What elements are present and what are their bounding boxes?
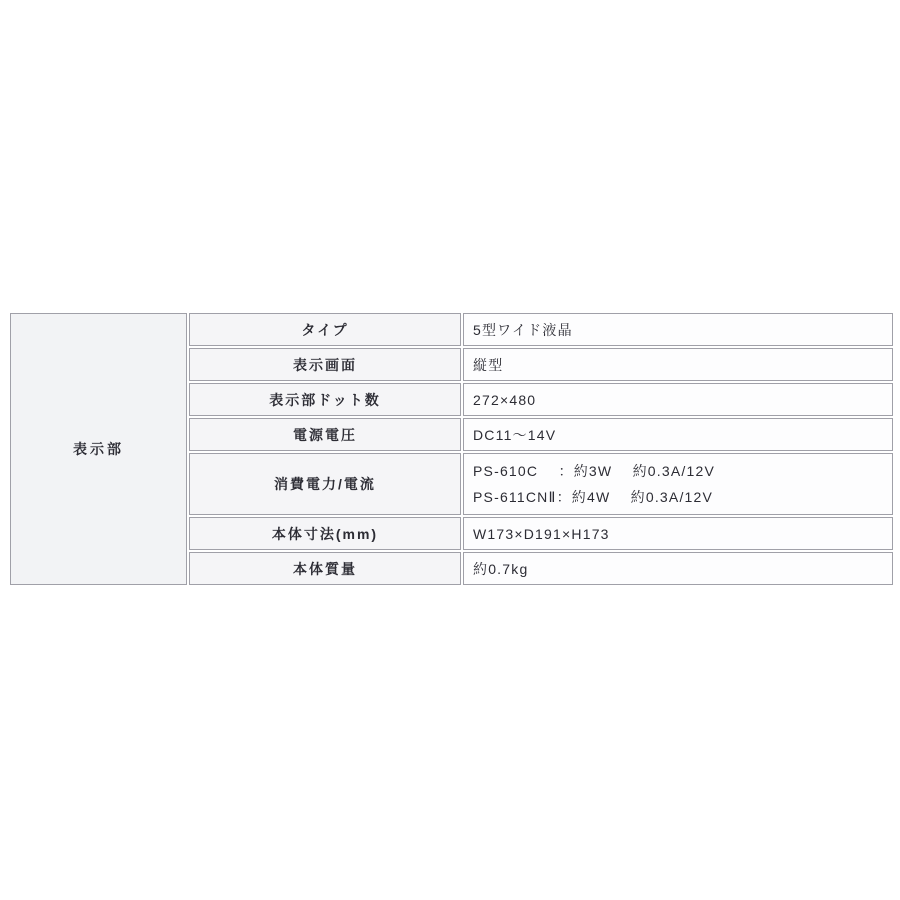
category-cell-display-section: 表示部 [10,313,187,585]
spec-table-container: 表示部 タイプ 5型ワイド液晶 表示画面 縦型 表示部ドット数 272×480 … [8,311,895,587]
spec-value-power: PS-610C ：約3W 約0.3A/12V PS-611CNⅡ：約4W 約0.… [463,453,893,515]
spec-value-power-line2: PS-611CNⅡ：約4W 約0.3A/12V [473,484,891,510]
spec-label-voltage: 電源電圧 [189,418,461,451]
spec-value-screen: 縦型 [463,348,893,381]
spec-label-weight: 本体質量 [189,552,461,585]
spec-value-type: 5型ワイド液晶 [463,313,893,346]
spec-row-type: 表示部 タイプ 5型ワイド液晶 [10,313,893,346]
spec-label-dimensions: 本体寸法(mm) [189,517,461,550]
spec-label-power: 消費電力/電流 [189,453,461,515]
spec-value-voltage: DC11〜14V [463,418,893,451]
spec-value-dots: 272×480 [463,383,893,416]
spec-label-screen: 表示画面 [189,348,461,381]
spec-label-dots: 表示部ドット数 [189,383,461,416]
spec-value-weight: 約0.7kg [463,552,893,585]
spec-value-dimensions: W173×D191×H173 [463,517,893,550]
spec-value-power-line1: PS-610C ：約3W 約0.3A/12V [473,458,891,484]
spec-label-type: タイプ [189,313,461,346]
spec-table: 表示部 タイプ 5型ワイド液晶 表示画面 縦型 表示部ドット数 272×480 … [8,311,895,587]
